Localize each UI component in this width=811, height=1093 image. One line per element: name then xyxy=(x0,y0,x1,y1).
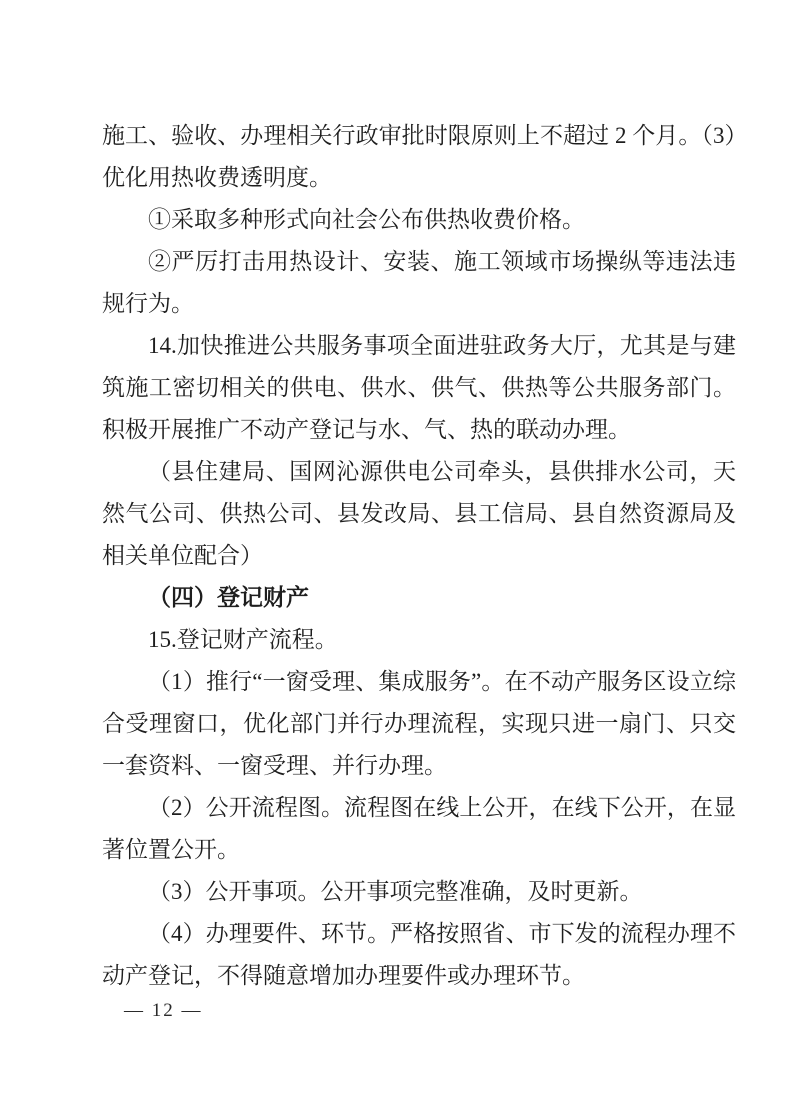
document-body: 施工、验收、办理相关行政审批时限原则上不超过 2 个月。（3）优化用热收费透明度… xyxy=(102,115,736,997)
body-paragraph: ①采取多种形式向社会公布供热收费价格。 xyxy=(102,199,736,241)
body-paragraph: （1）推行“一窗受理、集成服务”。在不动产服务区设立综合受理窗口，优化部门并行办… xyxy=(102,661,736,787)
body-paragraph: 14.加快推进公共服务事项全面进驻政务大厅，尤其是与建筑施工密切相关的供电、供水… xyxy=(102,325,736,451)
body-paragraph: （4）办理要件、环节。严格按照省、市下发的流程办理不动产登记，不得随意增加办理要… xyxy=(102,913,736,997)
body-paragraph: （2）公开流程图。流程图在线上公开，在线下公开，在显著位置公开。 xyxy=(102,787,736,871)
body-paragraph-continuation: 施工、验收、办理相关行政审批时限原则上不超过 2 个月。（3）优化用热收费透明度… xyxy=(102,115,736,199)
body-paragraph: （3）公开事项。公开事项完整准确，及时更新。 xyxy=(102,871,736,913)
page-number: — 12 — xyxy=(104,996,203,1026)
body-paragraph: 15.登记财产流程。 xyxy=(102,619,736,661)
body-paragraph-responsible-units: （县住建局、国网沁源供电公司牵头，县供排水公司，天然气公司、供热公司、县发改局、… xyxy=(102,451,736,577)
document-page: 施工、验收、办理相关行政审批时限原则上不超过 2 个月。（3）优化用热收费透明度… xyxy=(0,0,811,1093)
body-paragraph: ②严厉打击用热设计、安装、施工领域市场操纵等违法违规行为。 xyxy=(102,241,736,325)
section-heading: （四）登记财产 xyxy=(102,577,736,619)
